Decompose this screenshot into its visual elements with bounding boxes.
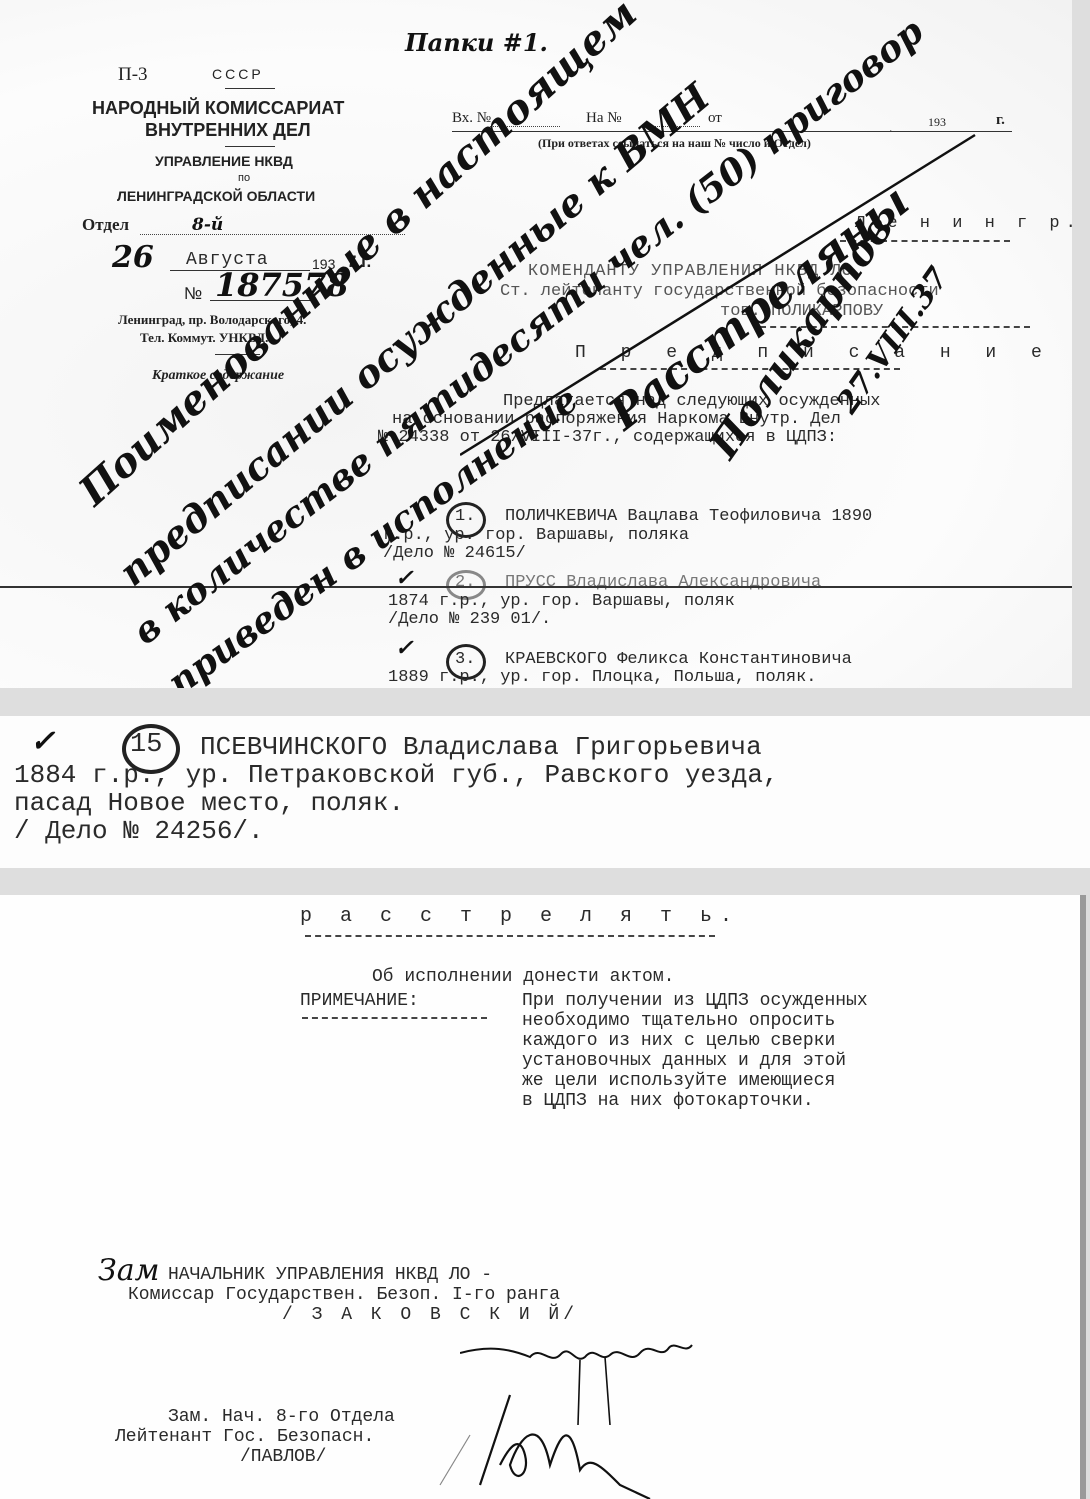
document-excerpt-entry-15: ✓ 15 ПСЕВЧИНСКОГО Владислава Григорьевич… [0, 716, 1090, 868]
signature-pavlov [420, 1375, 680, 1499]
entry-case: /Дело № 239 01/. [388, 610, 551, 629]
divider [225, 146, 275, 147]
letterhead-line1: НАРОДНЫЙ КОМИССАРИАТ [92, 98, 344, 119]
pen-stroke [460, 130, 980, 460]
entry-number: 3. [455, 650, 475, 669]
note-line: необходимо тщательно опросить [522, 1011, 835, 1031]
signer-title: НАЧАЛЬНИК УПРАВЛЕНИЯ НКВД ЛО - [168, 1265, 492, 1285]
note-line: в ЦДПЗ на них фотокарточки. [522, 1091, 814, 1111]
entry-number: 15 [130, 730, 162, 760]
year-label: 193 [928, 115, 946, 130]
signer2-title: Зам. Нач. 8-го Отдела [168, 1407, 395, 1427]
entry-detail: 1884 г.р., ур. Петраковской губ., Равско… [14, 760, 779, 790]
handwritten-deputy-prefix: Зам [98, 1253, 159, 1288]
otdel-label: Отдел [82, 215, 129, 235]
verdict-underline [305, 935, 715, 937]
strike-line [0, 586, 1072, 588]
entry-case: / Дело № 24256/. [14, 816, 264, 846]
country-label: СССР [212, 66, 264, 82]
number-label: № [184, 284, 202, 304]
dept-line2: по [238, 172, 250, 184]
signer-rank: Комиссар Государствен. Безоп. I-го ранга [128, 1285, 560, 1305]
signer-name: / З А К О В С К И Й/ [282, 1305, 578, 1325]
signer2-name: /ПАВЛОВ/ [240, 1447, 326, 1467]
divider [225, 88, 275, 89]
entry-detail: 1874 г.р., ур. гор. Варшавы, поляк [388, 592, 735, 611]
date-day: 26 [112, 240, 154, 275]
note-line: каждого из них с целью сверки [522, 1031, 835, 1051]
document-page-top: Папки #1. П-3 СССР НАРОДНЫЙ КОМИССАРИАТ … [0, 0, 1072, 688]
entry-detail-2: пасад Новое место, поляк. [14, 788, 404, 818]
letterhead-line2: ВНУТРЕННИХ ДЕЛ [145, 120, 311, 141]
handwritten-folder-note: Папки #1. [405, 28, 548, 57]
note-label: ПРИМЕЧАНИЕ: [300, 991, 419, 1011]
form-code: П-3 [118, 64, 148, 86]
entry-name: ПСЕВЧИНСКОГО Владислава Григорьевича [200, 732, 762, 762]
entry-number: 2. [455, 573, 475, 592]
note-line: же цели используйте имеющиеся [522, 1071, 835, 1091]
entry-case: /Дело № 24615/ [383, 544, 526, 563]
signer2-rank: Лейтенант Гос. Безопасн. [115, 1427, 374, 1447]
entry-name: КРАЕВСКОГО Феликса Константиновича [505, 650, 852, 669]
verdict: р а с с т р е л я т ь. [300, 905, 740, 928]
otdel-value: 8-й [192, 215, 223, 235]
execution-note: Об исполнении донести актом. [372, 967, 674, 987]
note-line: При получении из ЦДПЗ осужденных [522, 991, 868, 1011]
entry-detail: г.р., ур. гор. Варшавы, поляка [383, 526, 689, 545]
note-label-underline [302, 1017, 487, 1019]
checkmark-icon: ✓ [395, 635, 413, 661]
document-page-bottom: р а с с т р е л я т ь. Об исполнении дон… [0, 895, 1086, 1499]
reply-to-label: На № [586, 110, 622, 127]
note-line: установочных данных и для этой [522, 1051, 846, 1071]
dept-line3: ЛЕНИНГРАДСКОЙ ОБЛАСТИ [117, 188, 315, 204]
entry-name-struck: ПРУСС Владислава Александровича [505, 573, 821, 592]
entry-name: ПОЛИЧКЕВИЧА Вацлава Теофиловича 1890 [505, 507, 872, 526]
year-suffix: г. [996, 112, 1005, 129]
dept-line1: УПРАВЛЕНИЕ НКВД [155, 153, 293, 169]
entry-detail: 1889 г.р., ур. гор. Плоцка, Польша, поля… [388, 668, 816, 687]
entry-number: 1. [455, 507, 475, 526]
checkmark-icon: ✓ [30, 724, 55, 759]
